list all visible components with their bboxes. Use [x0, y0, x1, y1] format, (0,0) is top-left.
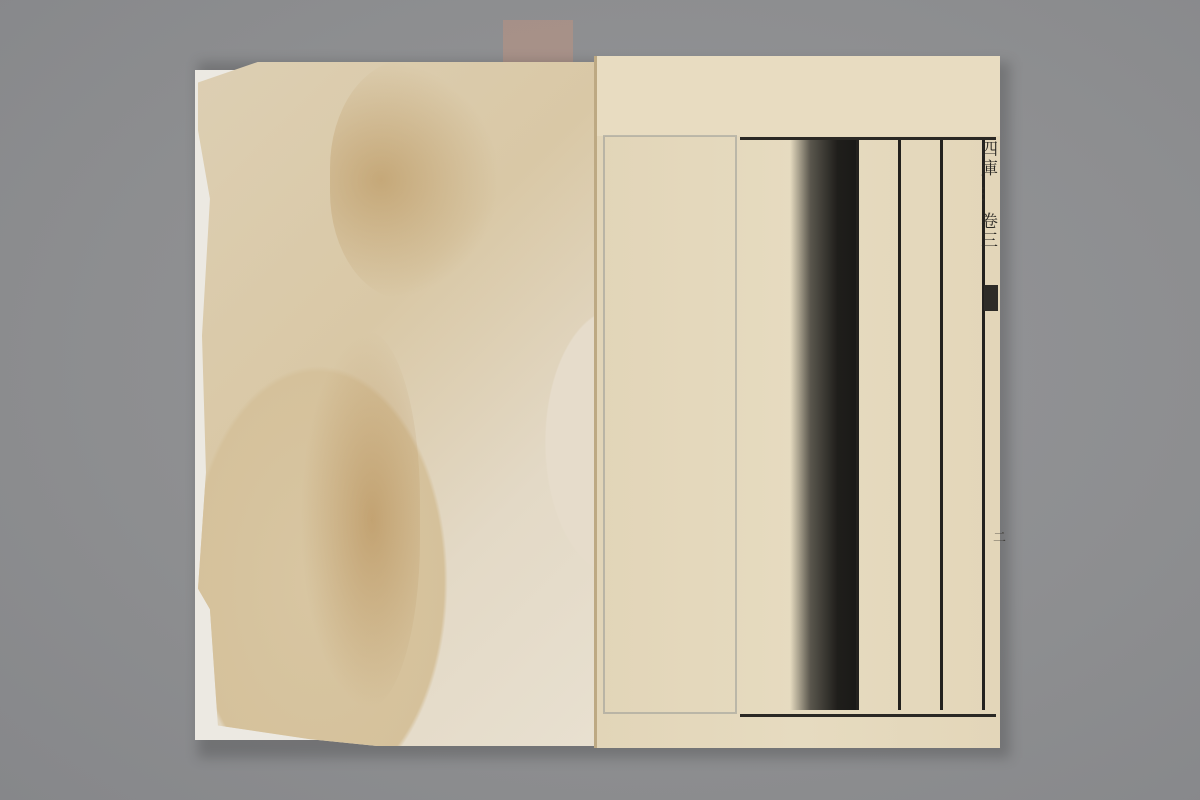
printed-frame — [740, 137, 996, 717]
column-rule — [898, 140, 901, 710]
water-stain — [300, 330, 420, 710]
ink-block — [790, 140, 858, 710]
right-page-top-margin — [596, 56, 1000, 136]
column-rule — [940, 140, 943, 710]
fishtail-mark — [984, 285, 998, 311]
column-rule — [856, 140, 859, 710]
page-number: 二 — [988, 530, 1007, 543]
water-stain — [330, 60, 500, 300]
book-gutter — [594, 56, 597, 748]
title-column: 四庫 … 卷三 — [980, 140, 1000, 250]
bleed-through-text — [650, 170, 694, 690]
